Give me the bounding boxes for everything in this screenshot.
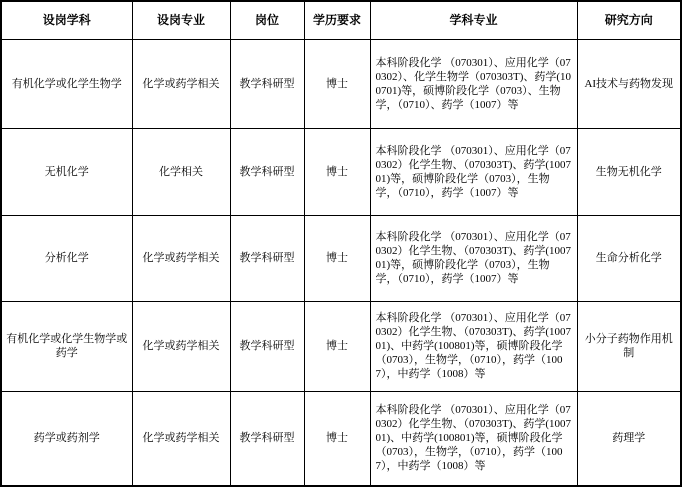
cell-position: 教学科研型	[230, 391, 304, 486]
cell-degree-requirement: 博士	[304, 215, 370, 301]
cell-research-direction: 药理学	[577, 391, 681, 486]
cell-position: 教学科研型	[230, 301, 304, 391]
cell-degree-requirement: 博士	[304, 301, 370, 391]
table-header-row: 设岗学科设岗专业岗位学历要求学科专业研究方向	[1, 1, 681, 39]
cell-post-discipline: 药学或药剂学	[1, 391, 132, 486]
recruitment-positions-table: 设岗学科设岗专业岗位学历要求学科专业研究方向 有机化学或化学生物学化学或药学相关…	[0, 0, 682, 487]
cell-subject-major: 本科阶段化学 （070301）、应用化学（070302）化学生物、（070303…	[370, 301, 577, 391]
cell-subject-major: 本科阶段化学 （070301）、应用化学（070302）、化学生物学（07030…	[370, 39, 577, 128]
table-row: 有机化学或化学生物学或药学化学或药学相关教学科研型博士本科阶段化学 （07030…	[1, 301, 681, 391]
table-body: 有机化学或化学生物学化学或药学相关教学科研型博士本科阶段化学 （070301）、…	[1, 39, 681, 486]
header-cell-position: 岗位	[230, 1, 304, 39]
table-row: 药学或药剂学化学或药学相关教学科研型博士本科阶段化学 （070301）、应用化学…	[1, 391, 681, 486]
cell-post-discipline: 有机化学或化学生物学或药学	[1, 301, 132, 391]
cell-position: 教学科研型	[230, 39, 304, 128]
table-row: 分析化学化学或药学相关教学科研型博士本科阶段化学 （070301）、应用化学（0…	[1, 215, 681, 301]
cell-position: 教学科研型	[230, 215, 304, 301]
header-cell-post-discipline: 设岗学科	[1, 1, 132, 39]
cell-research-direction: 生命分析化学	[577, 215, 681, 301]
table-row: 无机化学化学相关教学科研型博士本科阶段化学 （070301）、应用化学（0703…	[1, 128, 681, 215]
cell-post-major: 化学或药学相关	[132, 301, 230, 391]
cell-post-discipline: 有机化学或化学生物学	[1, 39, 132, 128]
cell-subject-major: 本科阶段化学 （070301）、应用化学（070302）化学生物、（070303…	[370, 215, 577, 301]
cell-position: 教学科研型	[230, 128, 304, 215]
cell-subject-major: 本科阶段化学 （070301）、应用化学（070302）化学生物、（070303…	[370, 128, 577, 215]
header-cell-research-direction: 研究方向	[577, 1, 681, 39]
cell-degree-requirement: 博士	[304, 391, 370, 486]
cell-degree-requirement: 博士	[304, 39, 370, 128]
cell-subject-major: 本科阶段化学 （070301）、应用化学（070302）化学生物、（070303…	[370, 391, 577, 486]
cell-research-direction: AI技术与药物发现	[577, 39, 681, 128]
table-header: 设岗学科设岗专业岗位学历要求学科专业研究方向	[1, 1, 681, 39]
header-cell-degree-requirement: 学历要求	[304, 1, 370, 39]
cell-research-direction: 生物无机化学	[577, 128, 681, 215]
cell-post-discipline: 无机化学	[1, 128, 132, 215]
cell-degree-requirement: 博士	[304, 128, 370, 215]
cell-post-major: 化学或药学相关	[132, 39, 230, 128]
cell-post-major: 化学相关	[132, 128, 230, 215]
header-cell-subject-major: 学科专业	[370, 1, 577, 39]
cell-post-discipline: 分析化学	[1, 215, 132, 301]
cell-post-major: 化学或药学相关	[132, 391, 230, 486]
cell-post-major: 化学或药学相关	[132, 215, 230, 301]
header-cell-post-major: 设岗专业	[132, 1, 230, 39]
cell-research-direction: 小分子药物作用机制	[577, 301, 681, 391]
table-row: 有机化学或化学生物学化学或药学相关教学科研型博士本科阶段化学 （070301）、…	[1, 39, 681, 128]
